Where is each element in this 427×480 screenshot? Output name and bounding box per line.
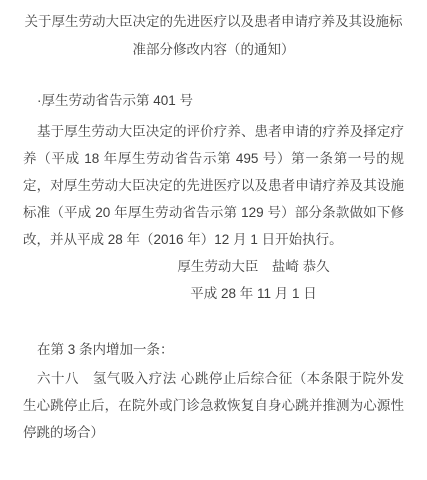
document-date: 平成 28 年 11 月 1 日 [103, 280, 404, 307]
document-page: 关于厚生劳动大臣决定的先进医疗以及患者申请疗养及其设施标准部分修改内容（的通知）… [0, 0, 427, 446]
amendment-item: 六十八 氢气吸入疗法 心跳停止后综合征（本条限于院外发生心跳停止后，在院外或门诊… [23, 365, 404, 446]
document-title: 关于厚生劳动大臣决定的先进医疗以及患者申请疗养及其设施标准部分修改内容（的通知） [23, 8, 404, 64]
amendment-intro: 在第 3 条内增加一条： [23, 336, 404, 363]
signature-block: 厚生劳动大臣 盐崎 恭久 平成 28 年 11 月 1 日 [23, 253, 404, 307]
minister-signature: 厚生劳动大臣 盐崎 恭久 [103, 253, 404, 280]
notice-number: ·厚生劳动省告示第 401 号 [23, 87, 404, 114]
main-paragraph: 基于厚生劳动大臣决定的评价疗养、患者申请的疗养及择定疗养（平成 18 年厚生劳动… [23, 118, 404, 253]
